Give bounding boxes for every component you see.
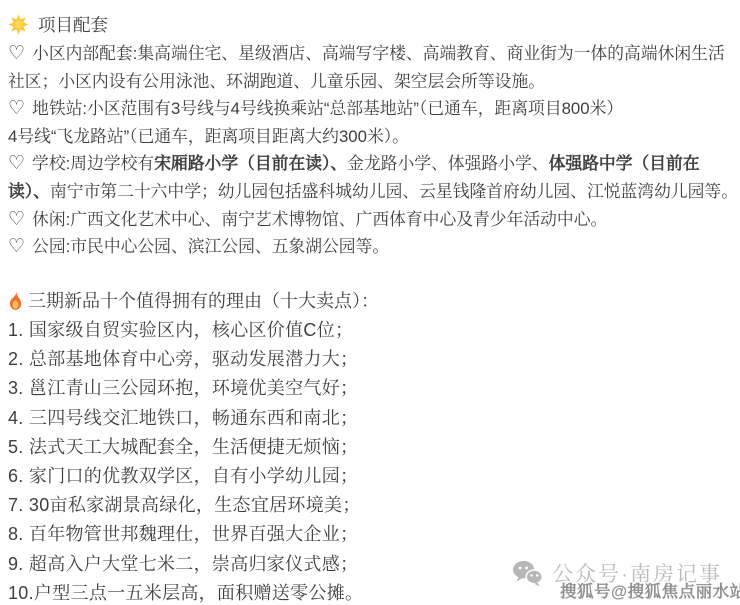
bullet-school-text-3: 南宁市第二十六中学；幼儿园包括盛科城幼儿园、云星钱隆首府幼儿园、江悦蓝湾幼儿园等… bbox=[50, 182, 738, 201]
selling-point-10: 10.户型三点一五米层高，面积赠送零公摊。 bbox=[8, 579, 740, 605]
bullet-subway: ♡地铁站:小区范围有3号线与4号线换乘站“总部基地站”（已通车，距离项目800米… bbox=[8, 95, 740, 150]
selling-point-4: 4. 三四号线交汇地铁口，畅通东西和南北； bbox=[8, 404, 740, 433]
bullet-parks-text: 公园:市民中心公园、滨江公园、五象湖公园等。 bbox=[32, 237, 389, 256]
article-body: 项目配套 ♡小区内部配套:集高端住宅、星级酒店、高端写字楼、高端教育、商业街为一… bbox=[0, 0, 740, 605]
bullet-community: ♡小区内部配套:集高端住宅、星级酒店、高端写字楼、高端教育、商业街为一体的高端休… bbox=[8, 40, 740, 95]
bullet-school-bold-1: 宋厢路小学（目前在读）、 bbox=[154, 154, 347, 173]
sun-icon bbox=[8, 14, 29, 35]
heart-icon: ♡ bbox=[8, 152, 25, 174]
selling-point-3: 3. 邕江青山三公园环抱，环境优美空气好； bbox=[8, 374, 740, 403]
bullet-parks: ♡公园:市民中心公园、滨江公园、五象湖公园等。 bbox=[8, 233, 740, 261]
section-title: 项目配套 bbox=[38, 12, 108, 37]
heart-icon: ♡ bbox=[8, 97, 25, 119]
selling-point-2: 2. 总部基地体育中心旁，驱动发展潜力大； bbox=[8, 345, 740, 374]
bullet-school-text-2: 金龙路小学、体强路小学、 bbox=[347, 154, 548, 173]
flame-icon bbox=[8, 291, 23, 310]
bullet-subway-line1: 地铁站:小区范围有3号线与4号线换乘站“总部基地站”（已通车，距离项目800米） bbox=[32, 99, 623, 118]
selling-points-title: 三期新品十个值得拥有的理由（十大卖点）： bbox=[28, 291, 379, 311]
selling-point-8: 8. 百年物管世邦魏理仕，世界百强大企业； bbox=[8, 520, 740, 549]
selling-point-7: 7. 30亩私家湖景高绿化，生态宜居环境美； bbox=[8, 491, 740, 520]
selling-points-title-line: 三期新品十个值得拥有的理由（十大卖点）： bbox=[8, 287, 740, 316]
bullet-subway-line2: 4号线“飞龙路站”（已通车，距离项目距离大约300米）。 bbox=[8, 127, 409, 146]
bullet-school-text: 学校:周边学校有 bbox=[32, 154, 154, 173]
bullet-school: ♡学校:周边学校有宋厢路小学（目前在读）、金龙路小学、体强路小学、体强路中学（目… bbox=[8, 150, 740, 205]
section-header: 项目配套 bbox=[8, 8, 740, 40]
heart-icon: ♡ bbox=[8, 208, 25, 230]
selling-point-1: 1. 国家级自贸实验区内，核心区价值C位； bbox=[8, 316, 740, 345]
bullet-community-text: 小区内部配套:集高端住宅、星级酒店、高端写字楼、高端教育、商业街为一体的高端休闲… bbox=[8, 44, 725, 91]
bullet-leisure: ♡休闲:广西文化艺术中心、南宁艺术博物馆、广西体育中心及青少年活动中心。 bbox=[8, 206, 740, 234]
selling-point-9: 9. 超高入户大堂七米二，崇高归家仪式感； bbox=[8, 550, 740, 579]
selling-point-5: 5. 法式天工大城配套全，生活便捷无烦恼； bbox=[8, 433, 740, 462]
bullet-leisure-text: 休闲:广西文化艺术中心、南宁艺术博物馆、广西体育中心及青少年活动中心。 bbox=[32, 210, 607, 229]
heart-icon: ♡ bbox=[8, 235, 25, 257]
selling-point-6: 6. 家门口的优教双学区，自有小学幼儿园； bbox=[8, 462, 740, 491]
heart-icon: ♡ bbox=[8, 42, 25, 64]
